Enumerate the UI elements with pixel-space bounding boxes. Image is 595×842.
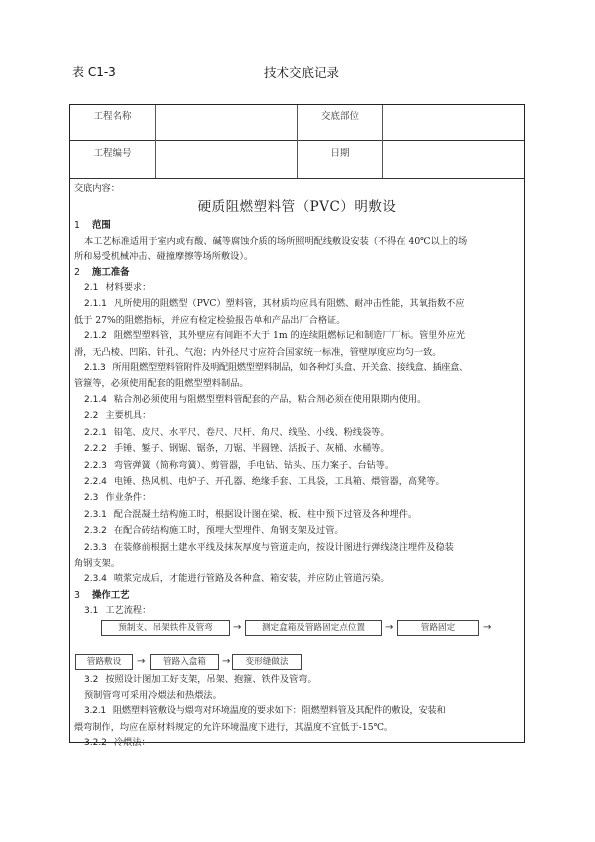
clause: 2.2.3弯管弹簧（简称弯簧）、剪管器，手电钻、钻头、压力案子、台钻等。 [74,458,520,474]
project-number-label: 工程编号 [70,145,155,159]
flow-step: 管路固定 [397,620,479,636]
flow-step: 管路敷设 [75,654,133,670]
paragraph: 预制管弯可采用冷煨法和热煨法。 [74,688,520,703]
flow-step: 变形缝做法 [232,654,302,670]
clause-continuation: 煨弯制作，均应在原材料规定的允许环境温度下进行，其温度不宜低于-15℃。 [74,720,520,735]
project-name-label: 工程名称 [70,108,155,122]
flow-step: 管路入盒箱 [150,654,219,670]
project-name-field[interactable] [156,108,296,138]
paragraph: 所和易受机械冲击、碰撞摩擦等场所敷设）。 [74,249,520,264]
row-divider [70,178,524,179]
clause-continuation: 管箍等，必须使用配套的阻燃型塑料制品。 [74,376,520,391]
date-field[interactable] [383,143,523,175]
section-heading: 3操作工艺 [74,588,520,603]
date-label: 日期 [298,145,382,159]
clause: 2.3.3在装修前根据土建水平线及抹灰厚度与管道走向，按设计图进行弹线浇注埋件及… [74,540,520,556]
clause: 2.3作业条件： [74,490,520,506]
clause: 2.1材料要求： [74,280,520,296]
clause-continuation: 角钢支架。 [74,556,520,571]
arrow-right-icon: → [385,620,393,636]
project-number-field[interactable] [156,143,296,175]
clause: 3.2.2冷煨法： [74,735,520,751]
section-heading: 2施工准备 [74,265,520,280]
paragraph: 本工艺标准适用于室内或有酸、碱等腐蚀介质的场所照明配线敷设安装（不得在 40℃以… [74,234,520,249]
clause-continuation: 低于 27%的阻燃指标，并应有检定检验报告单和产品出厂合格证。 [74,313,520,328]
clause: 2.1.4粘合剂必须使用与阻燃型塑料管配套的产品，粘合剂必须在使用限期内使用。 [74,392,520,408]
clause: 2.2.2手锤、錾子、钢锯、锯条，刀锯、半圆锉、活扳子、灰桶、水桶等。 [74,441,520,457]
clause: 2.2.4电锤、热风机、电炉子、开孔器、绝缘手套、工具袋，工具箱、煨管器，高凳等… [74,474,520,490]
page-title: 技术交底记录 [0,63,595,81]
clause: 2.1.3所用阻燃型塑料管附件及明配阻燃型塑料制品，如各种灯头盒、开关盒、接线盒… [74,360,520,376]
document-title: 硬质阻燃塑料管（PVC）明敷设 [74,196,520,218]
handover-content: 交底内容： 硬质阻燃塑料管（PVC）明敷设 1范围 本工艺标准适用于室内或有酸、… [74,181,520,752]
clause-continuation: 滑，无凸棱、凹陷、针孔、气泡；内外径尺寸应符合国家统一标准，管壁厚度应均匀一致。 [74,345,520,360]
arrow-right-icon: → [483,620,491,636]
section-heading: 1范围 [74,218,520,233]
clause: 2.2.1铅笔、皮尺、水平尺、卷尺、尺杆、角尺、线坠、小线、粉线袋等。 [74,425,520,441]
arrow-right-icon: → [222,654,230,670]
flow-step: 预制支、吊架铁件及管弯 [101,620,230,636]
clause: 3.1工艺流程： [74,603,520,619]
content-label: 交底内容： [74,181,520,196]
clause: 2.1.2阻燃型塑料管，其外壁应有间距不大于 1m 的连续阻燃标记和制造厂厂标。… [74,328,520,344]
arrow-right-icon: → [137,654,145,670]
process-flowchart: 预制支、吊架铁件及管弯 → 测定盒箱及管路固定点位置 → 管路固定 → 管路敷设… [74,620,520,672]
handover-part-label: 交底部位 [298,108,382,122]
clause: 2.3.1配合混凝土结构施工时，根据设计图在梁、板、柱中预下过管及各种埋件。 [74,507,520,523]
record-form: 工程名称 交底部位 工程编号 日期 交底内容： 硬质阻燃塑料管（PVC）明敷设 … [69,104,525,743]
clause: 3.2.1阻燃塑料管敷设与煨弯对环境温度的要求如下：阻燃塑料管及其配件的敷设，安… [74,703,520,719]
clause: 2.3.4喷浆完成后，才能进行管路及各种盒、箱安装，并应防止管道污染。 [74,571,520,587]
arrow-right-icon: → [233,620,241,636]
clause: 2.1.1凡所使用的阻燃型（PVC）塑料管，其材质均应具有阻燃、耐冲击性能，其氧… [74,296,520,312]
flow-step: 测定盒箱及管路固定点位置 [245,620,382,636]
handover-part-field[interactable] [383,108,523,138]
clause: 3.2按照设计图加工好支架，吊架、抱箍、铁件及管弯。 [74,672,520,688]
clause: 2.3.2在配合砖结构施工时，预埋大型埋件、角钢支架及过管。 [74,523,520,539]
clause: 2.2主要机具： [74,408,520,424]
